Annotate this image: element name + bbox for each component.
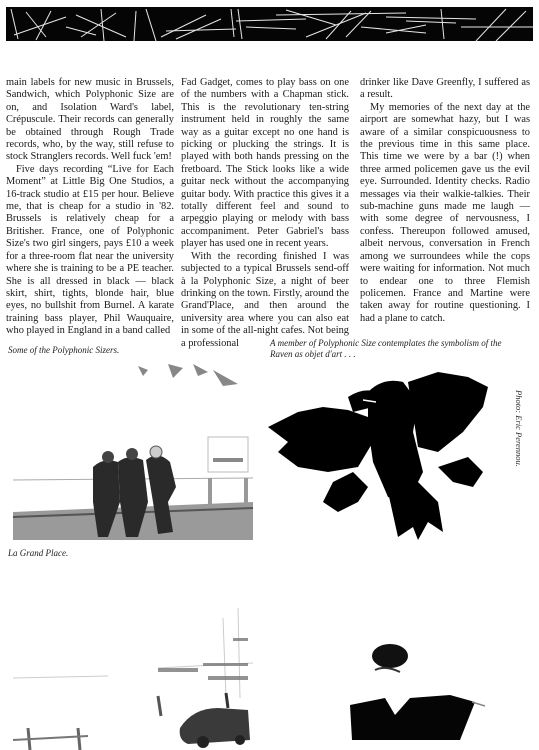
scratch-pattern-graphic	[6, 7, 533, 41]
photo-polyphonic-sizers	[8, 362, 256, 540]
photo-credit: Photo: Eric Perennou.	[514, 390, 524, 467]
photo-grand-place	[8, 568, 256, 750]
caption-grand-place: La Grand Place.	[8, 548, 208, 559]
paragraph: Five days recording “Live for Each Momen…	[6, 164, 174, 338]
article-column-2: Fad Gadget, comes to play bass on one of…	[181, 77, 349, 350]
paragraph: My memories of the next day at the airpo…	[360, 102, 530, 325]
photo-raven	[268, 372, 508, 542]
paragraph: With the recording finished I was subjec…	[181, 251, 349, 350]
article-column-3: drinker like Dave Greenfly, I suffered a…	[360, 77, 530, 325]
paragraph: drinker like Dave Greenfly, I suffered a…	[360, 77, 530, 102]
article-column-1: main labels for new music in Brussels, S…	[6, 77, 174, 338]
caption-sizers: Some of the Polyphonic Sizers.	[8, 345, 248, 356]
caption-raven: A member of Polyphonic Size contemplates…	[270, 338, 510, 360]
paragraph: main labels for new music in Brussels, S…	[6, 77, 174, 164]
header-banner	[6, 7, 533, 41]
photo-band-member	[340, 640, 520, 750]
paragraph: Fad Gadget, comes to play bass on one of…	[181, 77, 349, 251]
